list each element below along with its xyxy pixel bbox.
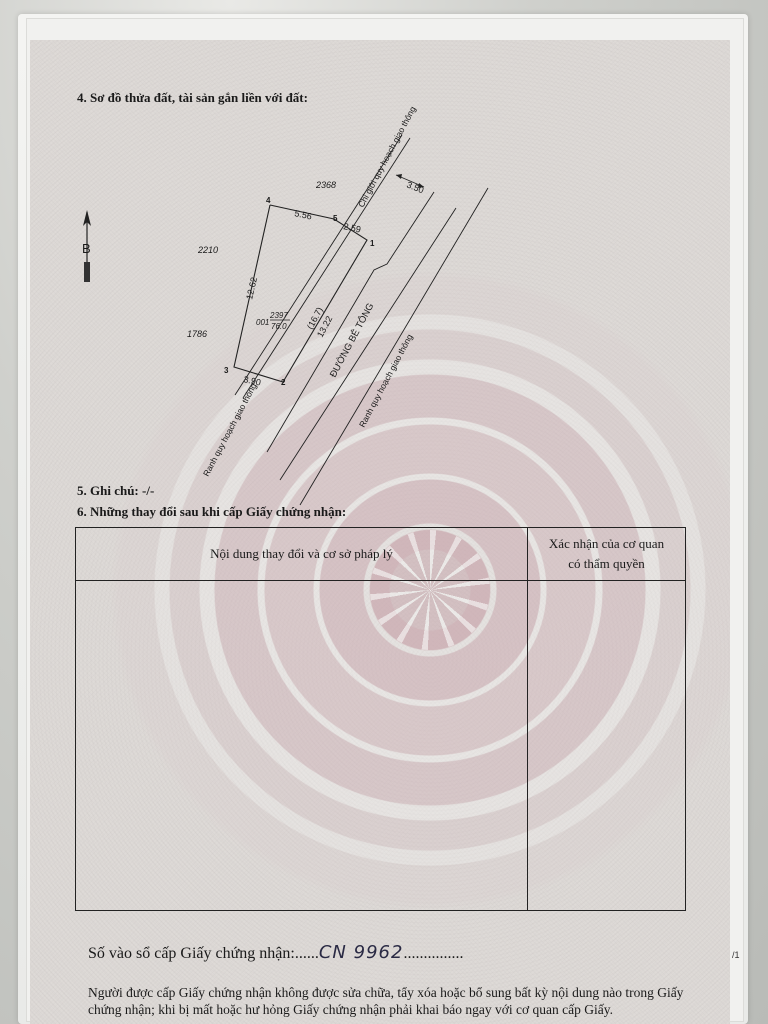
certificate-page: 4. Sơ đồ thửa đất, tài sản gắn liền với …: [30, 40, 730, 1024]
setback-length: 3.50: [405, 180, 425, 196]
traffic-limit-label-right: Ranh quy hoạch giao thông: [357, 332, 415, 429]
vertex-1: 1: [370, 239, 375, 248]
vertex-5: 5: [333, 214, 338, 223]
header-authority-confirmation: Xác nhận của cơ quan có thẩm quyền: [528, 528, 686, 581]
header-confirmation-line2: có thẩm quyền: [568, 556, 645, 571]
parcel-label: 001 2397 76.0: [256, 311, 290, 331]
map-sheet-number: 001: [256, 318, 269, 327]
edge-length-3-4: 12.62: [244, 276, 259, 300]
registration-label: Số vào sổ cấp Giấy chứng nhận:: [88, 945, 295, 962]
authority-confirmation-cell: [528, 581, 686, 911]
vertex-3: 3: [224, 366, 229, 375]
changes-table-empty-row: [76, 581, 686, 911]
registration-dots-before: ......: [295, 945, 319, 962]
planning-boundary-line-inner: [243, 138, 410, 398]
header-change-content-label: Nội dung thay đổi và cơ sở pháp lý: [210, 546, 393, 561]
traffic-limit-label-left: Ranh quy hoạch giao thông: [201, 381, 259, 478]
registration-number: CN 9962: [319, 942, 404, 963]
north-arrow-icon: B: [82, 210, 91, 282]
changes-table: Nội dung thay đổi và cơ sở pháp lý Xác n…: [75, 527, 686, 911]
traffic-limit-line-right: [300, 188, 488, 505]
parcel-number: 2397: [269, 311, 288, 320]
vertex-4: 4: [266, 196, 271, 205]
vertex-2: 2: [281, 378, 286, 387]
section-5-heading: 5. Ghi chú: -/-: [77, 483, 154, 499]
certificate-notice: Người được cấp Giấy chứng nhận không đượ…: [88, 984, 688, 1018]
side-page-mark: /1: [732, 950, 740, 960]
header-confirmation-line1: Xác nhận của cơ quan: [549, 536, 664, 551]
parcel-diagram: B 2368 2210 1786 4 5 1 2 3 5.56 2.59 12.…: [30, 40, 730, 520]
neighbor-parcel-1786: 1786: [187, 329, 207, 339]
section-6-heading: 6. Những thay đổi sau khi cấp Giấy chứng…: [77, 504, 346, 520]
changes-table-header-row: Nội dung thay đổi và cơ sở pháp lý Xác n…: [76, 528, 686, 581]
change-content-cell: [76, 581, 528, 911]
neighbor-parcel-2368: 2368: [315, 180, 336, 190]
neighbor-parcel-2210: 2210: [197, 245, 218, 255]
registration-dots-after: ...............: [403, 945, 463, 962]
north-label: B: [82, 241, 91, 256]
header-change-content: Nội dung thay đổi và cơ sở pháp lý: [76, 528, 528, 581]
road-edge-right: [280, 208, 456, 480]
edge-length-4-5: 5.56: [294, 208, 313, 221]
registration-number-line: Số vào sổ cấp Giấy chứng nhận:......CN 9…: [88, 942, 463, 963]
planning-boundary-label: Chỉ giới quy hoạch giao thông: [356, 104, 418, 209]
